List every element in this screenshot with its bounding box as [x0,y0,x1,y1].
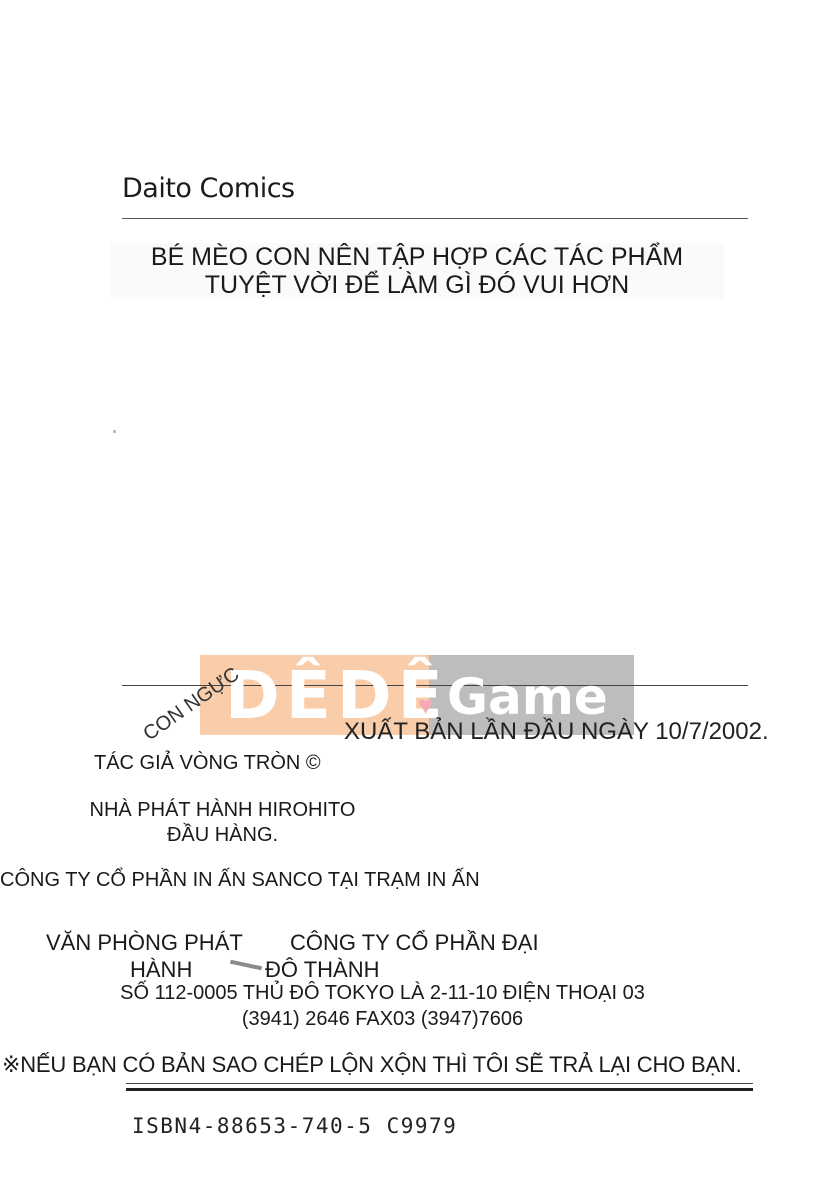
printer-credit: CÔNG TY CỔ PHẦN IN ẤN SANCO TẠI TRẠM IN … [0,869,480,892]
office-company-line-1: CÔNG TY CỔ PHẦN ĐẠI [290,930,539,956]
publisher-name: Daito Comics [122,173,295,204]
author-credit: TÁC GIẢ VÒNG TRÒN © [94,752,321,775]
office-label-line-1: VĂN PHÒNG PHÁT [46,930,243,956]
book-title: BÉ MÈO CON NÊN TẬP HỢP CÁC TÁC PHẨM TUYỆ… [110,243,724,299]
address-line-2: (3941) 2646 FAX03 (3947)7606 [55,1006,710,1032]
scan-speck [113,430,116,433]
address-line-1: SỐ 112-0005 THỦ ĐÔ TOKYO LÀ 2-11-10 ĐIỆN… [55,980,710,1006]
isbn-code: ISBN4-88653-740-5 C9979 [132,1114,457,1138]
issuer: NHÀ PHÁT HÀNH HIROHITO ĐẦU HÀNG. [60,798,385,848]
title-line-1: BÉ MÈO CON NÊN TẬP HỢP CÁC TÁC PHẨM [110,243,724,271]
divider-top [122,218,748,219]
first-publication-date: XUẤT BẢN LẦN ĐẦU NGÀY 10/7/2002. [344,718,769,746]
divider-bottom-thin [126,1083,753,1084]
divider-bottom-thick [126,1088,753,1091]
publisher-address: SỐ 112-0005 THỦ ĐÔ TOKYO LÀ 2-11-10 ĐIỆN… [55,980,710,1032]
heart-icon: ♥ [418,690,433,721]
issuer-line-1: NHÀ PHÁT HÀNH HIROHITO [60,798,385,823]
title-line-2: TUYỆT VỜI ĐỂ LÀM GÌ ĐÓ VUI HƠN [110,271,724,299]
issuer-line-2: ĐẦU HÀNG. [60,823,385,848]
scan-mark [230,960,262,971]
copy-notice: ※NẾU BẠN CÓ BẢN SAO CHÉP LỘN XỘN THÌ TÔI… [2,1052,742,1078]
